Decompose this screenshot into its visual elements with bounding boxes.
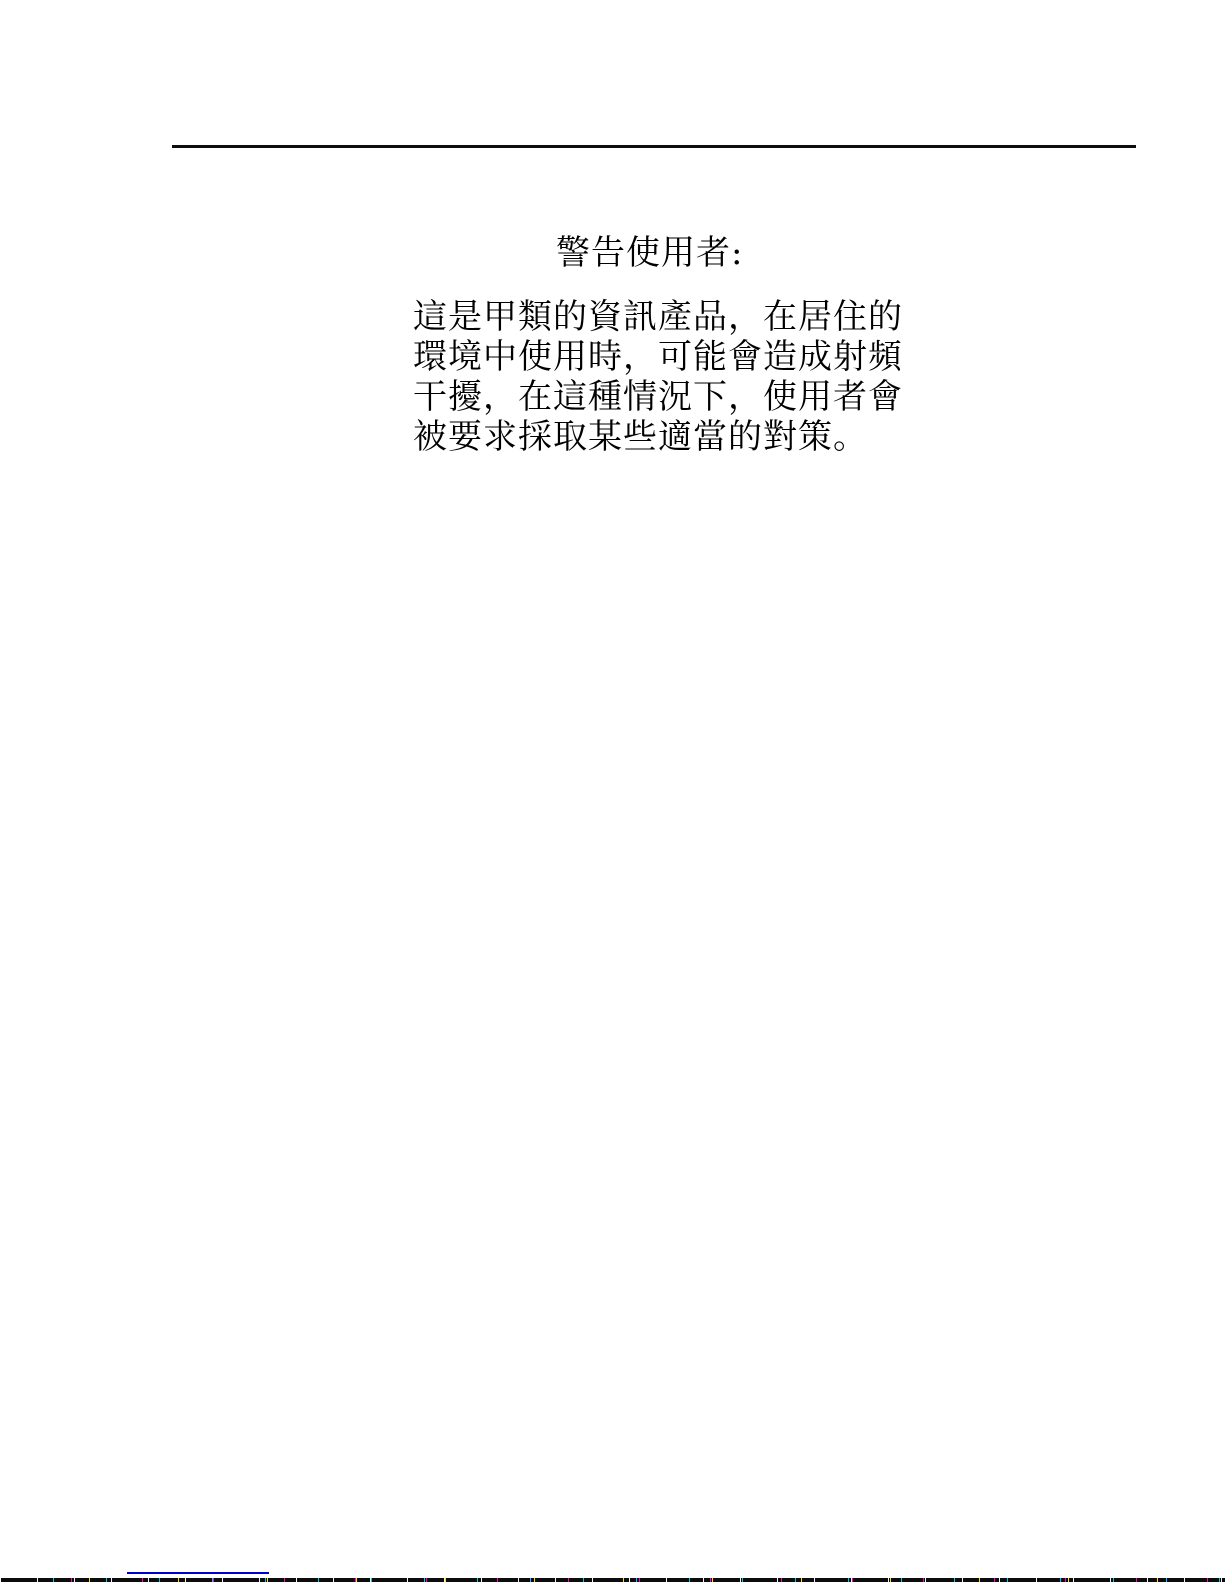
footer-link-underline[interactable]	[127, 1572, 269, 1574]
warning-paragraph-line: 干擾，在這種情況下，使用者會	[413, 377, 913, 417]
scan-bottom-edge	[0, 1578, 1225, 1582]
warning-paragraph-line: 這是甲類的資訊產品，在居住的	[413, 297, 913, 337]
header-rule	[172, 145, 1136, 148]
document-page: 警告使用者: 這是甲類的資訊產品，在居住的 環境中使用時，可能會造成射頻 干擾，…	[0, 0, 1225, 1585]
warning-paragraph-line: 被要求採取某些適當的對策。	[413, 417, 913, 457]
warning-title: 警告使用者:	[556, 234, 743, 272]
warning-paragraph: 這是甲類的資訊產品，在居住的 環境中使用時，可能會造成射頻 干擾，在這種情況下，…	[413, 297, 913, 457]
warning-paragraph-line: 環境中使用時，可能會造成射頻	[413, 337, 913, 377]
